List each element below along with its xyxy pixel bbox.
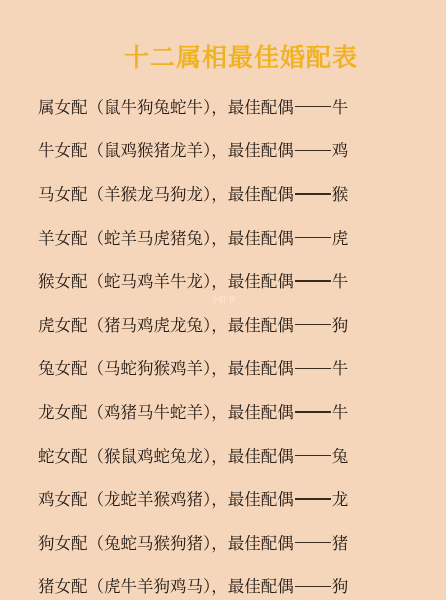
row-best-label: 最佳配偶 [228, 443, 294, 467]
page-title: 十二属相最佳婚配表 [124, 38, 358, 74]
list-item: 兔女配（马蛇狗猴鸡羊），最佳配偶牛 [38, 346, 348, 390]
row-best: 猪 [332, 530, 349, 554]
watermark: 小红书 [211, 294, 235, 305]
dash-divider [295, 498, 331, 499]
dash-divider [295, 280, 331, 281]
row-best: 牛 [332, 355, 349, 379]
dash-divider [295, 150, 331, 151]
row-matches: （虎牛羊狗鸡马）， [88, 573, 228, 597]
row-label: 属女配 [38, 94, 88, 118]
row-best: 兔 [332, 443, 349, 467]
row-best-label: 最佳配偶 [228, 486, 294, 510]
dash-divider [295, 455, 331, 456]
row-best-label: 最佳配偶 [228, 573, 294, 597]
dash-divider [295, 542, 331, 543]
row-best: 狗 [332, 312, 349, 336]
list-item: 蛇女配（猴鼠鸡蛇兔龙），最佳配偶兔 [38, 433, 348, 477]
row-matches: （蛇马鸡羊牛龙）， [88, 268, 228, 292]
row-matches: （猪马鸡虎龙兔）， [88, 312, 228, 336]
row-label: 羊女配 [38, 225, 88, 249]
row-best: 鸡 [332, 137, 349, 161]
row-matches: （兔蛇马猴狗猪）， [88, 530, 228, 554]
list-item: 属女配（鼠牛狗兔蛇牛），最佳配偶牛 [38, 84, 348, 128]
row-matches: （龙蛇羊猴鸡猪）， [88, 486, 228, 510]
list-item: 猴女配（蛇马鸡羊牛龙），最佳配偶牛 [38, 258, 348, 302]
list-item: 鸡女配（龙蛇羊猴鸡猪），最佳配偶龙 [38, 476, 348, 520]
row-label: 鸡女配 [38, 486, 88, 510]
row-matches: （马蛇狗猴鸡羊）， [88, 355, 228, 379]
row-matches: （鸡猪马牛蛇羊）， [88, 399, 228, 423]
row-best-label: 最佳配偶 [228, 530, 294, 554]
row-best: 牛 [332, 268, 349, 292]
row-matches: （鼠鸡猴猪龙羊）， [88, 137, 228, 161]
row-best-label: 最佳配偶 [228, 312, 294, 336]
row-label: 龙女配 [38, 399, 88, 423]
row-matches: （蛇羊马虎猪兔）， [88, 225, 228, 249]
row-best-label: 最佳配偶 [228, 137, 294, 161]
dash-divider [295, 193, 331, 194]
row-label: 虎女配 [38, 312, 88, 336]
dash-divider [295, 106, 331, 107]
row-best-label: 最佳配偶 [228, 268, 294, 292]
row-best: 猴 [332, 181, 349, 205]
list-item: 猪女配（虎牛羊狗鸡马），最佳配偶狗 [38, 564, 348, 600]
row-best: 牛 [332, 94, 349, 118]
row-best: 狗 [332, 573, 349, 597]
list-item: 狗女配（兔蛇马猴狗猪），最佳配偶猪 [38, 520, 348, 564]
row-best: 虎 [332, 225, 349, 249]
dash-divider [295, 411, 331, 412]
row-best-label: 最佳配偶 [228, 225, 294, 249]
row-best-label: 最佳配偶 [228, 181, 294, 205]
row-best-label: 最佳配偶 [228, 355, 294, 379]
dash-divider [295, 586, 331, 587]
row-matches: （猴鼠鸡蛇兔龙）， [88, 443, 228, 467]
dash-divider [295, 324, 331, 325]
row-best-label: 最佳配偶 [228, 94, 294, 118]
list-item: 羊女配（蛇羊马虎猪兔），最佳配偶虎 [38, 215, 348, 259]
row-best-label: 最佳配偶 [228, 399, 294, 423]
row-label: 狗女配 [38, 530, 88, 554]
list-item: 虎女配（猪马鸡虎龙兔），最佳配偶狗 [38, 302, 348, 346]
dash-divider [295, 237, 331, 238]
list-item: 龙女配（鸡猪马牛蛇羊），最佳配偶牛 [38, 389, 348, 433]
match-list: 属女配（鼠牛狗兔蛇牛），最佳配偶牛 牛女配（鼠鸡猴猪龙羊），最佳配偶鸡 马女配（… [38, 84, 348, 600]
row-label: 牛女配 [38, 137, 88, 161]
row-matches: （羊猴龙马狗龙）， [88, 181, 228, 205]
row-best: 龙 [332, 486, 349, 510]
row-label: 兔女配 [38, 355, 88, 379]
row-best: 牛 [332, 399, 349, 423]
row-matches: （鼠牛狗兔蛇牛）， [88, 94, 228, 118]
row-label: 猪女配 [38, 573, 88, 597]
list-item: 马女配（羊猴龙马狗龙），最佳配偶猴 [38, 171, 348, 215]
row-label: 马女配 [38, 181, 88, 205]
dash-divider [295, 368, 331, 369]
row-label: 猴女配 [38, 268, 88, 292]
row-label: 蛇女配 [38, 443, 88, 467]
list-item: 牛女配（鼠鸡猴猪龙羊），最佳配偶鸡 [38, 128, 348, 172]
